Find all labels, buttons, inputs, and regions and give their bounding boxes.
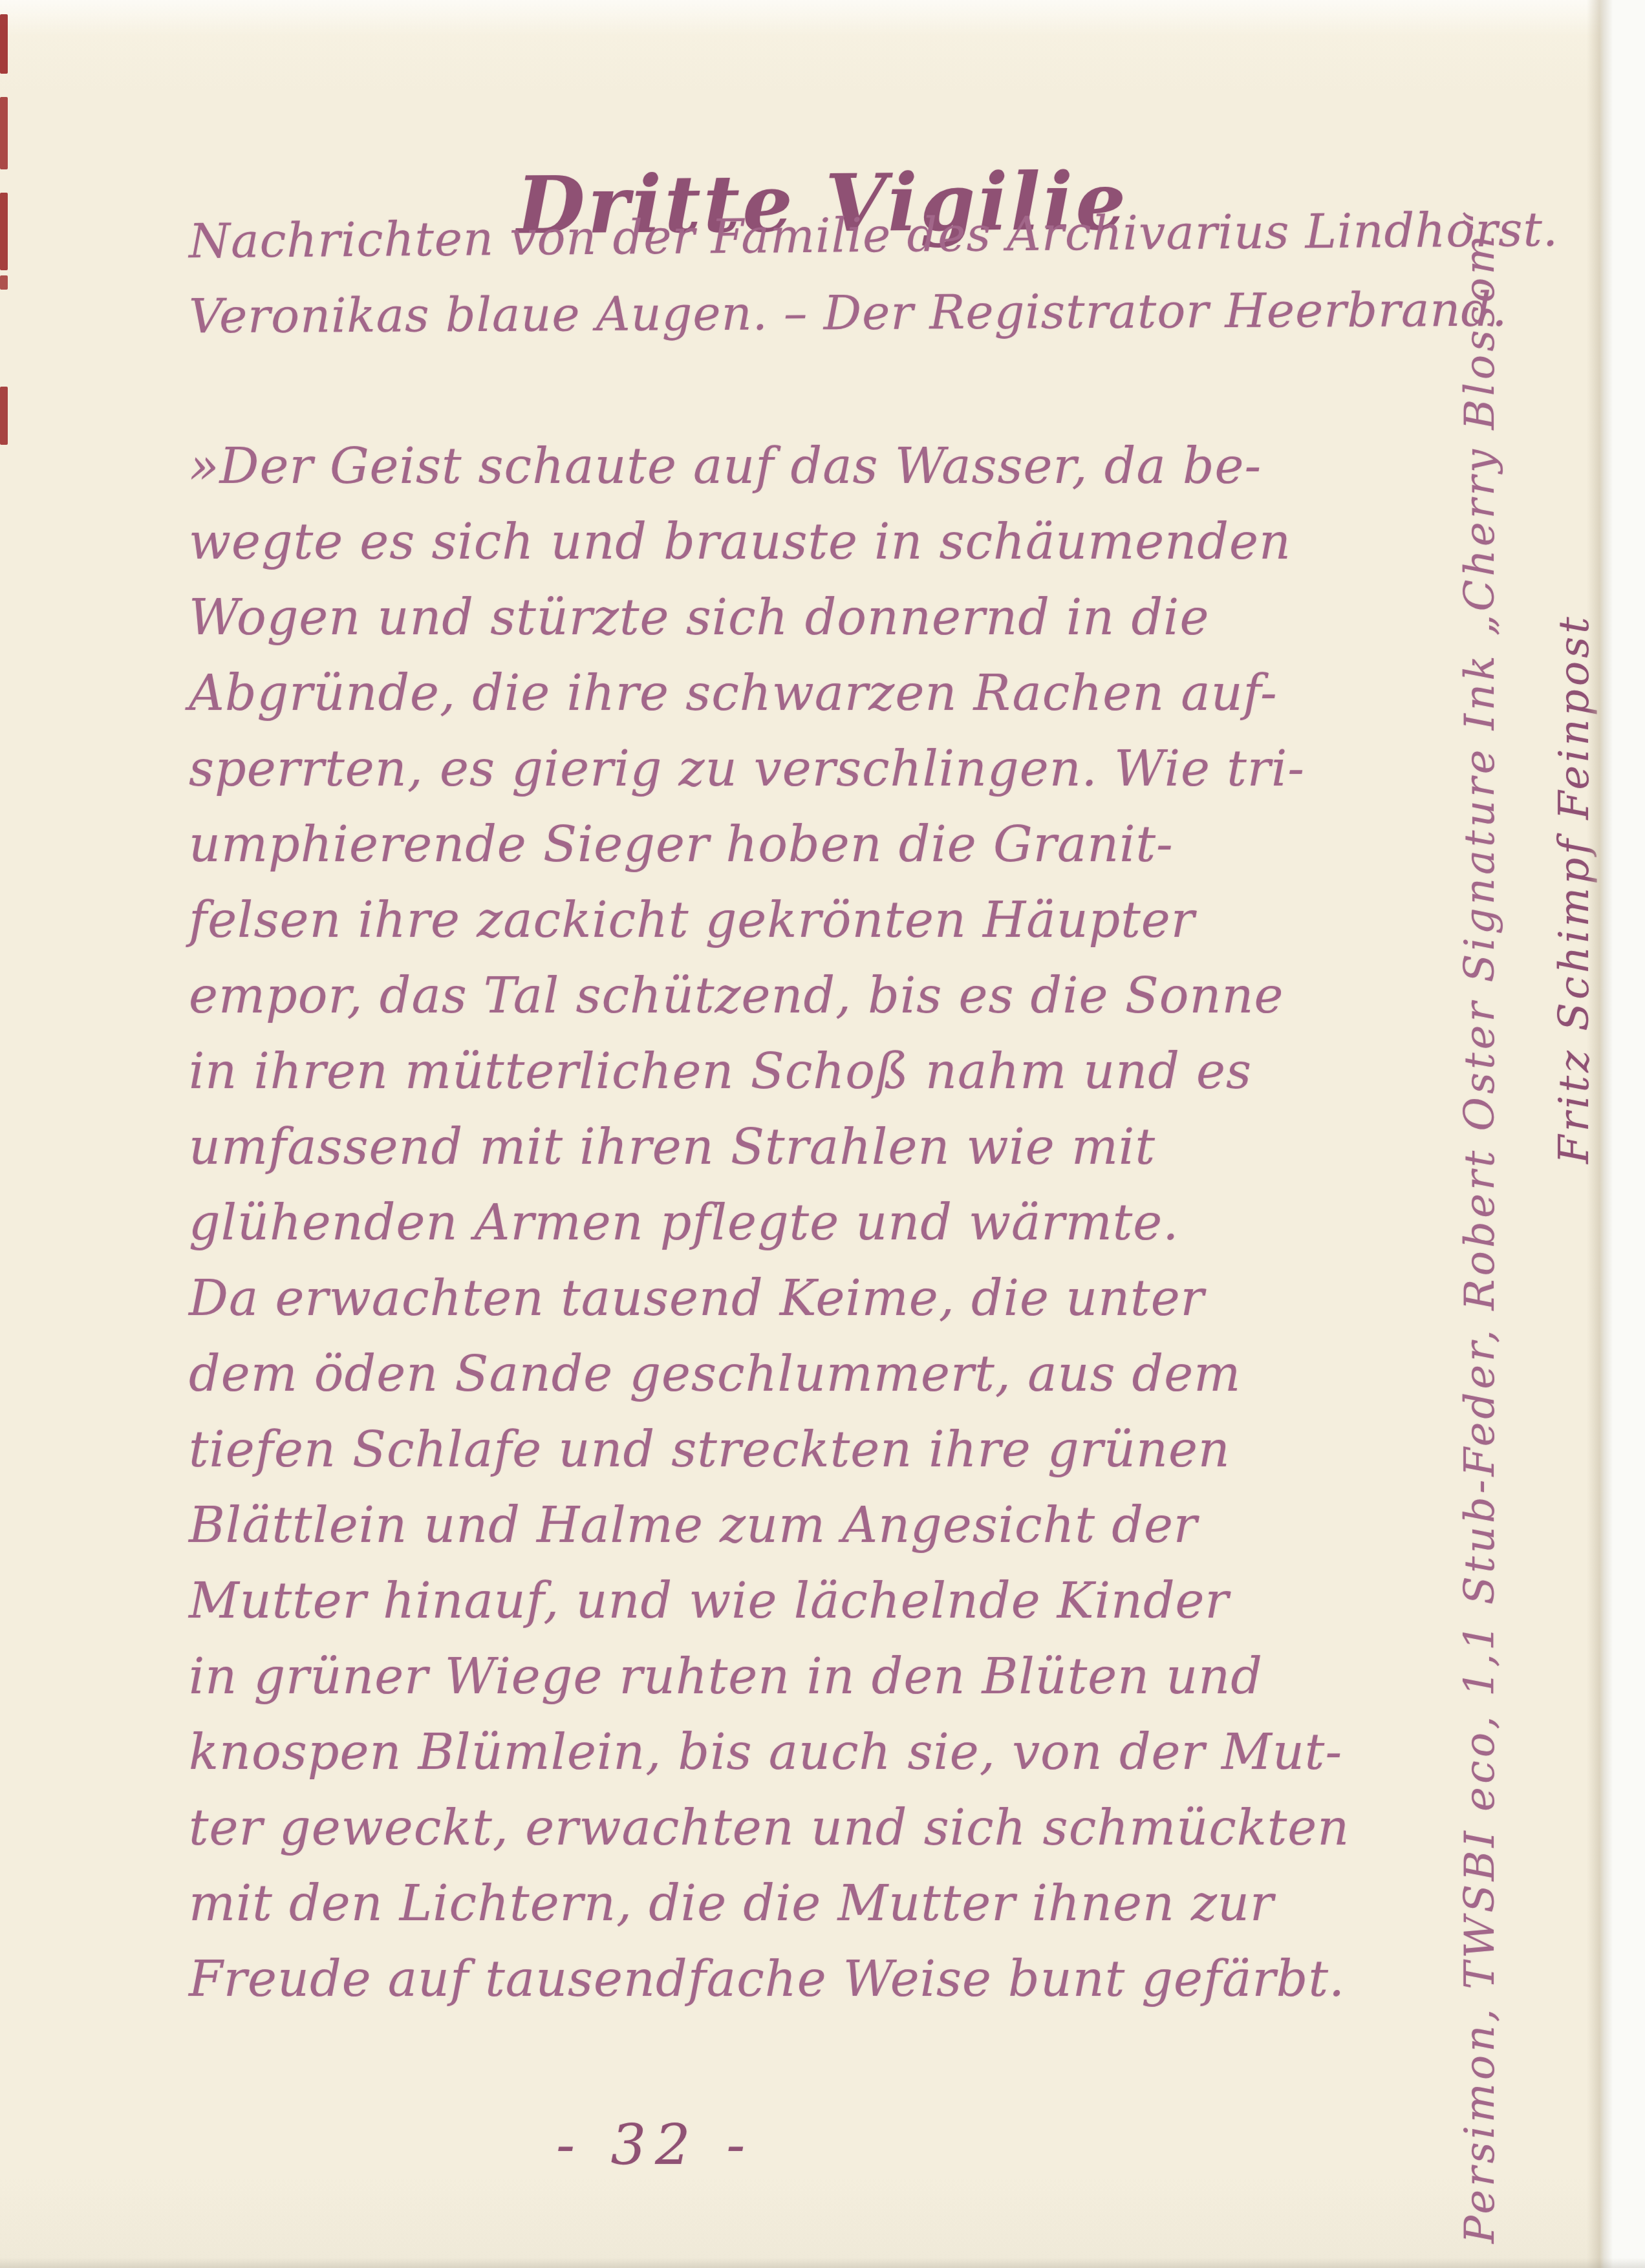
page-number: - 32 - — [556, 2113, 754, 2177]
margin-note-pen-ink: Persimon, TWSBI eco, 1,1 Stub-Feder, Rob… — [1456, 52, 1566, 2243]
body-line: dem öden Sande geschlummert, aus dem — [189, 1336, 1349, 1411]
body-line: in grüner Wiege ruhten in den Blüten und — [189, 1638, 1349, 1714]
chapter-subtitle-line-2: Veronikas blaue Augen. – Der Registrator… — [189, 283, 1508, 345]
body-line: ter geweckt, erwachten und sich schmückt… — [189, 1790, 1349, 1865]
body-line: Wogen und stürzte sich donnernd in die — [189, 579, 1349, 655]
body-line: wegte es sich und brauste in schäumenden — [189, 504, 1349, 579]
body-line: Abgründe, die ihre schwarzen Rachen auf- — [189, 655, 1349, 731]
body-line: knospen Blümlein, bis auch sie, von der … — [189, 1714, 1349, 1790]
scan-artifact-ink-mark — [0, 97, 8, 169]
manuscript-page: Dritte Vigilie Nachrichten von der Famil… — [0, 0, 1645, 2268]
body-line: »Der Geist schaute auf das Wasser, da be… — [189, 428, 1349, 504]
body-line: umphierende Sieger hoben die Granit- — [189, 806, 1349, 882]
paper-bottom-edge — [0, 2258, 1645, 2268]
scan-artifact-ink-mark — [0, 193, 8, 270]
body-line: sperrten, es gierig zu verschlingen. Wie… — [189, 731, 1349, 806]
scan-top-highlight — [0, 0, 1645, 36]
body-line: Blättlein und Halme zum Angesicht der — [189, 1487, 1349, 1563]
chapter-subtitle-line-1: Nachrichten von der Familie des Archivar… — [189, 202, 1559, 269]
scan-artifact-ink-mark — [0, 387, 8, 445]
body-line: in ihren mütterlichen Schoß nahm und es — [189, 1033, 1349, 1109]
body-line: mit den Lichtern, die die Mutter ihnen z… — [189, 1865, 1349, 1941]
body-line: glühenden Armen pflegte und wärmte. — [189, 1184, 1349, 1260]
body-line: tiefen Schlafe und streckten ihre grünen — [189, 1411, 1349, 1487]
scan-artifact-ink-mark — [0, 14, 8, 74]
body-line: umfassend mit ihren Strahlen wie mit — [189, 1109, 1349, 1184]
body-line: empor, das Tal schützend, bis es die Son… — [189, 957, 1349, 1033]
body-line: felsen ihre zackicht gekrönten Häupter — [189, 882, 1349, 957]
body-line: Mutter hinauf, und wie lächelnde Kinder — [189, 1563, 1349, 1638]
body-line: Da erwachten tausend Keime, die unter — [189, 1260, 1349, 1336]
body-line: Freude auf tausendfache Weise bunt gefär… — [189, 1941, 1349, 2017]
body-paragraph: »Der Geist schaute auf das Wasser, da be… — [189, 428, 1349, 2017]
paper-right-edge — [1587, 0, 1645, 2268]
scan-artifact-ink-mark — [0, 275, 8, 290]
